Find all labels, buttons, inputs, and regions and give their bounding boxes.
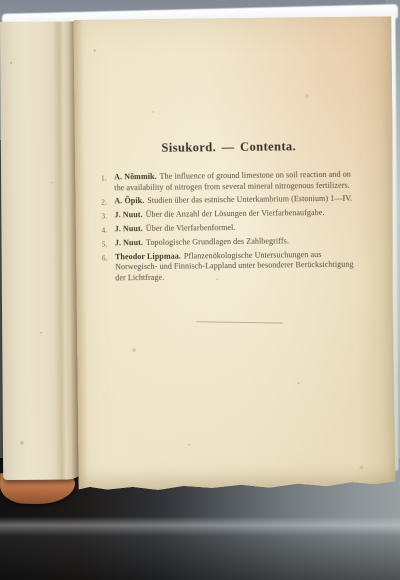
page-stains (10, 62, 12, 64)
book-photo: Sisukord. — Contenta. 1. A. Nõmmik.The i… (0, 0, 400, 580)
contents-entry: 3. J. Nuut.Über die Anzahl der Lösungen … (101, 207, 359, 221)
entry-author: A. Õpik. (114, 196, 144, 205)
entry-author: Theodor Lippmaa. (115, 251, 181, 261)
contents-entry: 5. J. Nuut.Topologische Grundlagen des Z… (102, 235, 360, 249)
entry-title: Topologische Grundlagen des Zahlbegriffs… (146, 236, 289, 247)
page-scratch (197, 321, 283, 323)
entry-title: Studien über das estnische Unterkambrium… (147, 193, 352, 204)
entry-number: 1. (101, 172, 114, 193)
contents-entry: 2. A. Õpik.Studien über das estnische Un… (101, 193, 359, 207)
page-stains (94, 50, 96, 52)
entry-body: J. Nuut.Topologische Grundlagen des Zahl… (115, 235, 360, 249)
entry-body: Theodor Lippmaa.Pflanzenökologische Unte… (115, 249, 360, 283)
contents-entry: 1. A. Nõmmik.The influence of ground lim… (101, 170, 359, 194)
contents-entry: 4. J. Nuut.Über die Vierfarbenformel. (102, 221, 360, 235)
contents-content: Sisukord. — Contenta. 1. A. Nõmmik.The i… (97, 17, 360, 286)
entry-title: Über die Vierfarbenformel. (146, 222, 236, 232)
entry-author: A. Nõmmik. (114, 172, 157, 181)
contents-page: Sisukord. — Contenta. 1. A. Nõmmik.The i… (73, 16, 396, 491)
entry-author: J. Nuut. (115, 224, 143, 233)
entry-author: J. Nuut. (114, 210, 142, 219)
entry-author: J. Nuut. (115, 238, 143, 247)
entry-number: 4. (102, 224, 115, 236)
contents-list: 1. A. Nõmmik.The influence of ground lim… (99, 170, 360, 284)
contents-title: Sisukord. — Contenta. (99, 139, 359, 157)
entry-number: 2. (101, 196, 114, 208)
entry-number: 5. (102, 238, 115, 250)
entry-body: J. Nuut.Über die Anzahl der Lösungen der… (114, 207, 359, 221)
entry-body: A. Nõmmik.The influence of ground limest… (114, 170, 359, 194)
left-blank-page (0, 21, 86, 480)
entry-title: Über die Anzahl der Lösungen der Vierfar… (146, 207, 325, 218)
entry-number: 6. (102, 252, 115, 284)
entry-body: J. Nuut.Über die Vierfarbenformel. (115, 221, 360, 235)
contents-entry: 6. Theodor Lippmaa.Pflanzenökologische U… (102, 249, 360, 283)
entry-body: A. Õpik.Studien über das estnische Unter… (114, 193, 359, 207)
entry-number: 3. (101, 210, 114, 222)
